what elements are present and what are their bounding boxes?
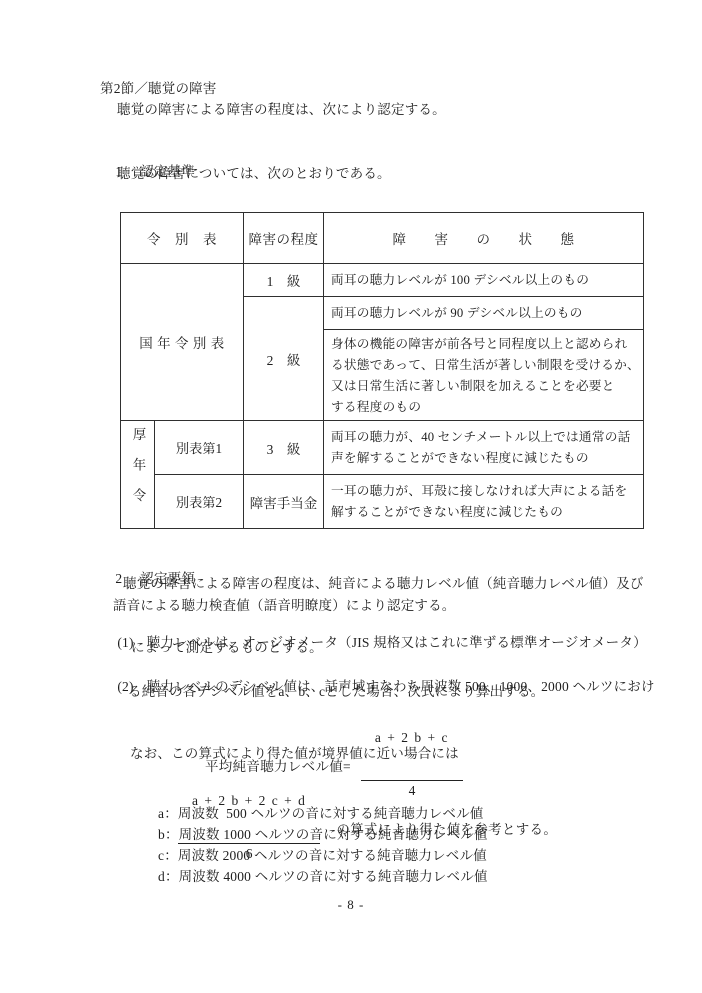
table-row-grade1: 国 年 令 別 表 1 級 両耳の聴力レベルが 100 デシベル以上のもの xyxy=(121,264,644,297)
section-2-intro-line1: 聴覚の障害による障害の程度は、純音による聴力レベル値（純音聴力レベル値）及び xyxy=(123,575,644,592)
konenrei-vertical-label: 厚年令 xyxy=(123,427,153,519)
table-header-row: 令 別 表 障害の程度 障 害 の 状 態 xyxy=(121,213,644,264)
header-cell-degree: 障害の程度 xyxy=(244,213,324,264)
definition-b: b：周波数 1000 ヘルツの音に対する純音聴力レベル値 xyxy=(158,826,488,843)
chapter-intro: 聴覚の障害による障害の程度は、次により認定する。 xyxy=(117,101,446,118)
cell-state-grade1: 両耳の聴力レベルが 100 デシベル以上のもの xyxy=(324,264,644,297)
cell-grade-allowance: 障害手当金 xyxy=(244,475,324,529)
table-row-allowance: 別表第2 障害手当金 一耳の聴力が、耳殻に接しなければ大声による話を 解すること… xyxy=(121,475,644,529)
cell-state-grade3: 両耳の聴力が、40 センチメートル以上では通常の話 声を解することができない程度… xyxy=(324,421,644,475)
criteria-table: 令 別 表 障害の程度 障 害 の 状 態 国 年 令 別 表 1 級 両耳の聴… xyxy=(120,212,644,529)
cell-schedule-1: 別表第1 xyxy=(155,421,244,475)
section-2-number: 2 xyxy=(115,570,122,587)
cell-konenrei-schedule: 厚年令 xyxy=(121,421,155,529)
boundary-note: なお、この算式により得た値が境界値に近い場合には xyxy=(130,745,459,762)
cell-grade-2: 2 級 xyxy=(244,297,324,421)
criteria-table-wrap: 令 別 表 障害の程度 障 害 の 状 態 国 年 令 別 表 1 級 両耳の聴… xyxy=(120,212,643,529)
section-2-intro-line2: 語音による聴力検査値（語音明瞭度）により認定する。 xyxy=(113,597,456,614)
table-row-grade3: 厚年令 別表第1 3 級 両耳の聴力が、40 センチメートル以上では通常の話 声… xyxy=(121,421,644,475)
definition-d: d：周波数 4000 ヘルツの音に対する純音聴力レベル値 xyxy=(158,868,488,885)
header-cell-ordinance-schedule: 令 別 表 xyxy=(121,213,244,264)
cell-state-allowance: 一耳の聴力が、耳殻に接しなければ大声による話を 解することができない程度に減じた… xyxy=(324,475,644,529)
header-cell-state: 障 害 の 状 態 xyxy=(324,213,644,264)
definition-a: a：周波数 500 ヘルツの音に対する純音聴力レベル値 xyxy=(158,805,483,822)
document-page: 第2節／聴覚の障害 聴覚の障害による障害の程度は、次により認定する。 1認定基準… xyxy=(0,0,702,993)
cell-grade-3: 3 級 xyxy=(244,421,324,475)
definition-c: c：周波数 2000 ヘルツの音に対する純音聴力レベル値 xyxy=(158,847,487,864)
cell-state-grade2a: 両耳の聴力レベルが 90 デシベル以上のもの xyxy=(324,297,644,330)
chapter-title: 第2節／聴覚の障害 xyxy=(100,80,217,97)
cell-state-grade2b: 身体の機能の障害が前各号と同程度以上と認められ る状態であって、日常生活が著しい… xyxy=(324,330,644,421)
cell-grade-1: 1 級 xyxy=(244,264,324,297)
page-number: - 8 - xyxy=(0,897,702,913)
section-1-intro: 聴覚の障害については、次のとおりである。 xyxy=(117,165,391,182)
cell-schedule-2: 別表第2 xyxy=(155,475,244,529)
cell-kokunenrei-schedule: 国 年 令 別 表 xyxy=(121,264,244,421)
item-1-line2: によって測定するものとする。 xyxy=(131,639,323,656)
